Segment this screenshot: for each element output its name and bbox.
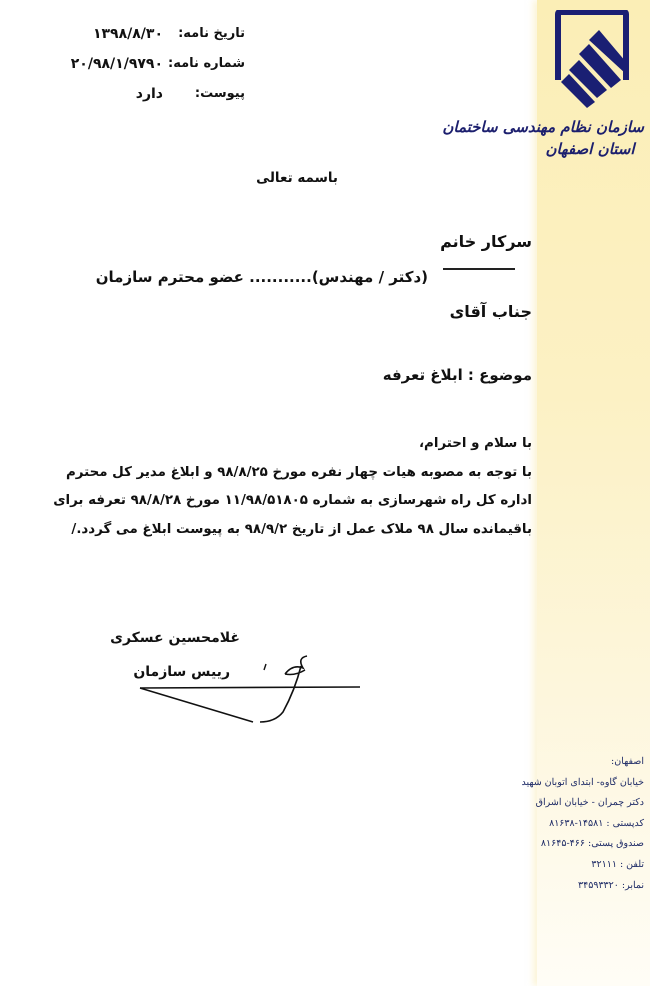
attachment-label: پیوست: bbox=[195, 86, 245, 101]
recipient-line-1: سرکار خانم bbox=[440, 232, 532, 251]
recipient-line-2: (دکتر / مهندس)........... عضو محترم سازم… bbox=[96, 268, 428, 286]
organization-logo-icon bbox=[555, 10, 629, 108]
letter-body: با سلام و احترام، با توجه به مصوبه هیات … bbox=[53, 430, 532, 544]
address-line: اصفهان: bbox=[524, 752, 644, 773]
body-line: باقیمانده سال ۹۸ ملاک عمل از تاریخ ۹۸/۹/… bbox=[53, 516, 532, 545]
subject: موضوع : ابلاغ تعرفه bbox=[383, 366, 532, 384]
number-label: شماره نامه: bbox=[168, 56, 245, 71]
address-line: دکتر چمران - خیابان اشراق bbox=[524, 793, 644, 814]
recipient-line-3: جناب آقای bbox=[450, 302, 532, 321]
organization-address: اصفهان: خیابان گاوه- ابتدای اتوبان شهید … bbox=[524, 752, 644, 896]
recipient-divider bbox=[443, 268, 515, 270]
organization-name: سازمان نظام مهندسی ساختمان استان اصفهان bbox=[536, 116, 644, 160]
address-phone: تلفن : ۳۲۱۱۱ bbox=[524, 855, 644, 876]
signature-icon bbox=[135, 650, 370, 725]
signatory-name: غلامحسین عسکری bbox=[110, 630, 240, 646]
attachment-value: دارد bbox=[136, 86, 163, 102]
address-po-box: صندوق پستی: ۴۶۶-۸۱۶۴۵ bbox=[524, 834, 644, 855]
body-line: اداره کل راه شهرسازی به شماره ۱۱/۹۸/۵۱۸۰… bbox=[53, 487, 532, 516]
invocation: باسمه تعالی bbox=[256, 170, 338, 186]
address-line: خیابان گاوه- ابتدای اتوبان شهید bbox=[524, 773, 644, 794]
body-line: با توجه به مصوبه هیات چهار نفره مورخ ۹۸/… bbox=[53, 459, 532, 488]
organization-name-line2: استان اصفهان bbox=[536, 138, 644, 160]
address-fax: نمابر: ۳۴۵۹۳۳۲۰ bbox=[524, 876, 644, 897]
address-postal-code: کدپستی : ۱۴۵۸۱-۸۱۶۳۸ bbox=[524, 814, 644, 835]
organization-name-line1: سازمان نظام مهندسی ساختمان bbox=[536, 116, 644, 138]
date-label: تاریخ نامه: bbox=[178, 26, 245, 41]
date-value: ۱۳۹۸/۸/۳۰ bbox=[93, 26, 163, 42]
number-value: ۲۰/۹۸/۱/۹۷۹۰ bbox=[71, 56, 163, 72]
letter-meta: تاریخ نامه: ۱۳۹۸/۸/۳۰ شماره نامه: ۲۰/۹۸/… bbox=[45, 26, 245, 116]
greeting: با سلام و احترام، bbox=[53, 430, 532, 459]
